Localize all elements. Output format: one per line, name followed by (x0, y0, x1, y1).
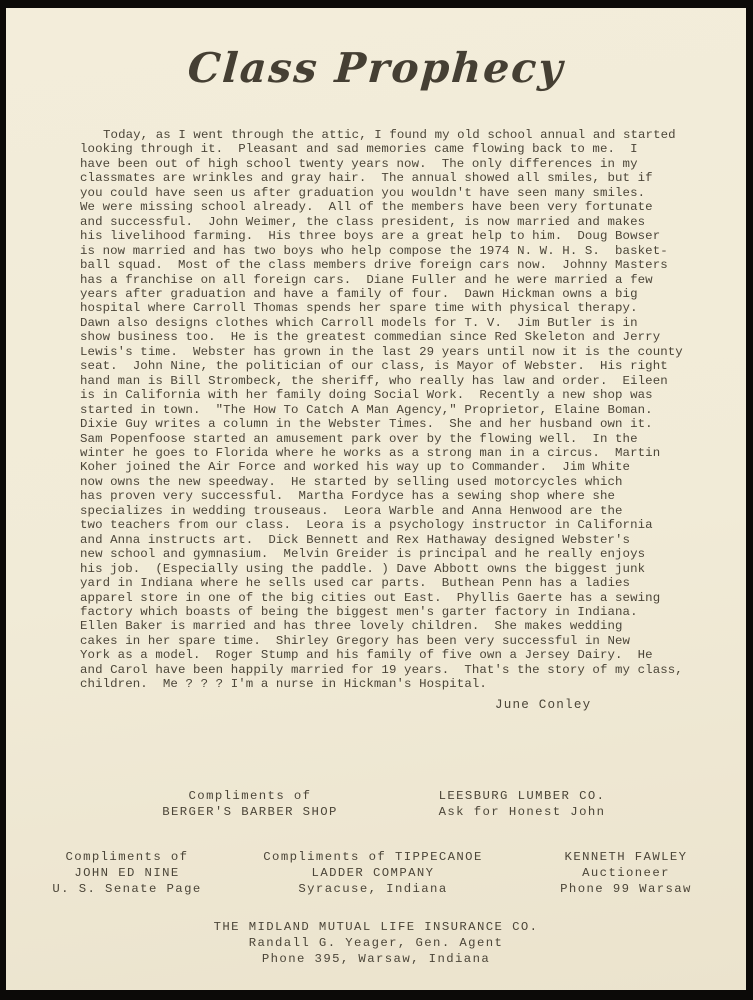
text-line: his livelihood farming. His three boys a… (80, 229, 683, 243)
ad-line: Compliments of TIPPECANOE (263, 849, 482, 865)
ad-john-ed-nine: Compliments ofJOHN ED NINEU. S. Senate P… (52, 849, 201, 897)
ad-line: Compliments of (52, 849, 201, 865)
text-line: seat. John Nine, the politician of our c… (80, 359, 683, 373)
ad-line: BERGER'S BARBER SHOP (162, 804, 338, 820)
text-line: Lewis's time. Webster has grown in the l… (80, 345, 683, 359)
ad-line: Compliments of (162, 788, 338, 804)
text-line: looking through it. Pleasant and sad mem… (80, 142, 683, 156)
page-title: Class Prophecy (6, 44, 746, 92)
ad-line: U. S. Senate Page (52, 881, 201, 897)
text-line: We were missing school already. All of t… (80, 200, 683, 214)
ad-line: THE MIDLAND MUTUAL LIFE INSURANCE CO. (214, 919, 539, 935)
prophecy-body: Today, as I went through the attic, I fo… (80, 128, 683, 692)
text-line: two teachers from our class. Leora is a … (80, 518, 683, 532)
scan-frame: Class Prophecy Today, as I went through … (0, 0, 753, 1000)
text-line: ball squad. Most of the class members dr… (80, 258, 683, 272)
text-line: cakes in her spare time. Shirley Gregory… (80, 634, 683, 648)
ad-line: Auctioneer (560, 865, 692, 881)
text-line: Ellen Baker is married and has three lov… (80, 619, 683, 633)
ad-line: Ask for Honest John (439, 804, 606, 820)
ad-bergers-barber-shop: Compliments ofBERGER'S BARBER SHOP (162, 788, 338, 820)
text-line: have been out of high school twenty year… (80, 157, 683, 171)
text-line: Dixie Guy writes a column in the Webster… (80, 417, 683, 431)
ad-line: Phone 99 Warsaw (560, 881, 692, 897)
ad-leesburg-lumber: LEESBURG LUMBER CO.Ask for Honest John (439, 788, 606, 820)
text-line: children. Me ? ? ? I'm a nurse in Hickma… (80, 677, 683, 691)
text-line: started in town. "The How To Catch A Man… (80, 403, 683, 417)
text-line: classmates are wrinkles and gray hair. T… (80, 171, 683, 185)
text-line: York as a model. Roger Stump and his fam… (80, 648, 683, 662)
text-line: now owns the new speedway. He started by… (80, 475, 683, 489)
text-line: Sam Popenfoose started an amusement park… (80, 432, 683, 446)
text-line: Koher joined the Air Force and worked hi… (80, 460, 683, 474)
signature: June Conley (495, 698, 591, 712)
text-line: his job. (Especially using the paddle. )… (80, 562, 683, 576)
text-line: is in California with her family doing S… (80, 388, 683, 402)
text-line: winter he goes to Florida where he works… (80, 446, 683, 460)
text-line: has a franchise on all foreign cars. Dia… (80, 273, 683, 287)
text-line: hospital where Carroll Thomas spends her… (80, 301, 683, 315)
ad-line: JOHN ED NINE (52, 865, 201, 881)
ad-line: LADDER COMPANY (263, 865, 482, 881)
text-line: apparel store in one of the big cities o… (80, 591, 683, 605)
text-line: and successful. John Weimer, the class p… (80, 215, 683, 229)
ad-tippecanoe-ladder: Compliments of TIPPECANOELADDER COMPANYS… (263, 849, 482, 897)
yearbook-page: Class Prophecy Today, as I went through … (6, 8, 746, 990)
ad-line: LEESBURG LUMBER CO. (439, 788, 606, 804)
ad-midland-mutual: THE MIDLAND MUTUAL LIFE INSURANCE CO.Ran… (214, 919, 539, 967)
text-line: is now married and has two boys who help… (80, 244, 683, 258)
text-line: new school and gymnasium. Melvin Greider… (80, 547, 683, 561)
text-line: yard in Indiana where he sells used car … (80, 576, 683, 590)
ad-line: KENNETH FAWLEY (560, 849, 692, 865)
ad-line: Phone 395, Warsaw, Indiana (214, 951, 539, 967)
text-line: show business too. He is the greatest co… (80, 330, 683, 344)
ad-line: Randall G. Yeager, Gen. Agent (214, 935, 539, 951)
text-line: has proven very successful. Martha Fordy… (80, 489, 683, 503)
text-line: Dawn also designs clothes which Carroll … (80, 316, 683, 330)
text-line: Today, as I went through the attic, I fo… (80, 128, 683, 142)
text-line: years after graduation and have a family… (80, 287, 683, 301)
ad-line: Syracuse, Indiana (263, 881, 482, 897)
text-line: factory which boasts of being the bigges… (80, 605, 683, 619)
text-line: you could have seen us after graduation … (80, 186, 683, 200)
text-line: and Carol have been happily married for … (80, 663, 683, 677)
ad-kenneth-fawley: KENNETH FAWLEYAuctioneerPhone 99 Warsaw (560, 849, 692, 897)
text-line: hand man is Bill Strombeck, the sheriff,… (80, 374, 683, 388)
text-line: specializes in wedding trouseaus. Leora … (80, 504, 683, 518)
text-line: and Anna instructs art. Dick Bennett and… (80, 533, 683, 547)
